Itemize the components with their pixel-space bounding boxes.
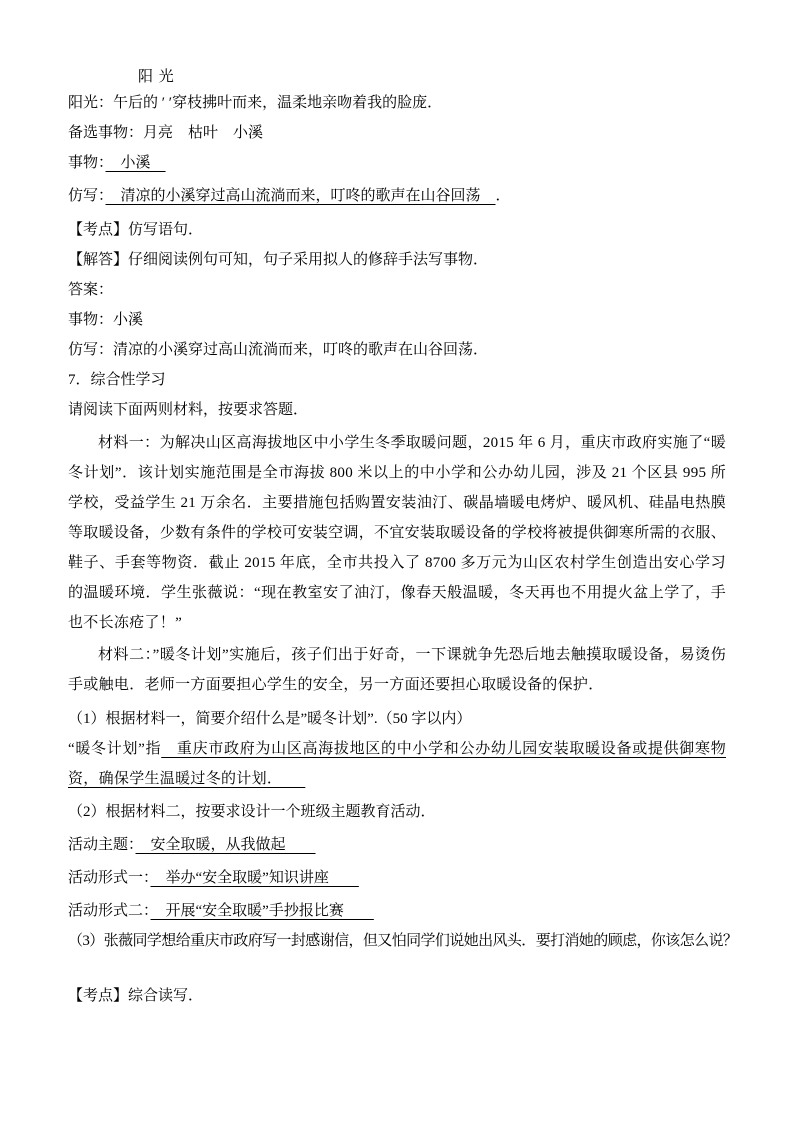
- activity-form1-blank: 举办“安全取暖”知识讲座: [151, 870, 359, 886]
- question7-intro: 请阅读下面两则材料，按要求答题．: [68, 395, 726, 425]
- subquestion1-answer-label: “暖冬计划”指: [68, 741, 161, 757]
- subquestion1-answer-line: “暖冬计划”指 重庆市政府为山区高海拔地区的中小学和公办幼儿园安装取暖设备或提供…: [68, 734, 726, 794]
- activity-form1-label: 活动形式一：: [68, 870, 151, 886]
- imitate-answer-line: 仿写： 清凉的小溪穿过高山流淌而来，叮咚的歌声在山谷回荡 ．: [68, 181, 726, 211]
- solution-line-q6: 【解答】仔细阅读例句可知，句子采用拟人的修辞手法写事物．: [68, 245, 726, 275]
- thing-label: 事物：: [68, 155, 106, 171]
- activity-form2-label: 活动形式二：: [68, 903, 151, 919]
- example-sentence: 阳光：午后的 ′ ′穿枝拂叶而来，温柔地亲吻着我的脸庞．: [68, 88, 726, 118]
- fill-blank-answer-word: 阳 光: [138, 66, 726, 88]
- material2-paragraph: 材料二：”暖冬计划”实施后，孩子们出于好奇，一下课就争先恐后地去触摸取暖设备，易…: [68, 640, 726, 700]
- subquestion1-answer-blank: 重庆市政府为山区高海拔地区的中小学和公办幼儿园安装取暖设备或提供御寒物资，确保学…: [68, 741, 726, 787]
- document-page: 阳 光 阳光：午后的 ′ ′穿枝拂叶而来，温柔地亲吻着我的脸庞． 备选事物：月亮…: [0, 0, 794, 1123]
- subquestion2-line: （2）根据材料二，按要求设计一个班级主题教育活动．: [68, 797, 726, 827]
- material1-paragraph: 材料一：为解决山区高海拔地区中小学生冬季取暖问题，2015 年 6 月，重庆市政…: [68, 428, 726, 638]
- activity-form2-line: 活动形式二： 开展“安全取暖”手抄报比赛: [68, 896, 726, 926]
- imitate-label: 仿写：: [68, 188, 106, 204]
- activity-theme-blank: 安全取暖，从我做起: [136, 837, 316, 853]
- subquestion3-line: （3）张薇同学想给重庆市政府写一封感谢信，但又怕同学们说她出风头．要打消她的顾虑…: [68, 926, 726, 956]
- candidate-options-line: 备选事物：月亮 枯叶 小溪: [68, 118, 726, 148]
- answer-header: 答案：: [68, 275, 726, 305]
- activity-form1-line: 活动形式一： 举办“安全取暖”知识讲座: [68, 863, 726, 893]
- activity-theme-line: 活动主题： 安全取暖，从我做起: [68, 830, 726, 860]
- imitate-period: ．: [496, 188, 511, 204]
- subquestion1-line: （1）根据材料一，简要介绍什么是”暖冬计划”.（50 字以内）: [68, 704, 726, 734]
- activity-form2-blank: 开展“安全取暖”手抄报比赛: [151, 903, 374, 919]
- exam-point-line-q6: 【考点】仿写语句．: [68, 215, 726, 245]
- imitate-answer-blank: 清凉的小溪穿过高山流淌而来，叮咚的歌声在山谷回荡: [106, 188, 496, 204]
- thing-answer-line: 事物： 小溪: [68, 148, 726, 178]
- answer-imitate-line: 仿写：清凉的小溪穿过高山流淌而来，叮咚的歌声在山谷回荡．: [68, 335, 726, 365]
- activity-theme-label: 活动主题：: [68, 837, 136, 853]
- exam-point-line-q7: 【考点】综合读写．: [68, 981, 726, 1011]
- question7-heading: 7．综合性学习: [68, 365, 726, 395]
- answer-thing-line: 事物：小溪: [68, 305, 726, 335]
- thing-answer-blank: 小溪: [106, 155, 166, 171]
